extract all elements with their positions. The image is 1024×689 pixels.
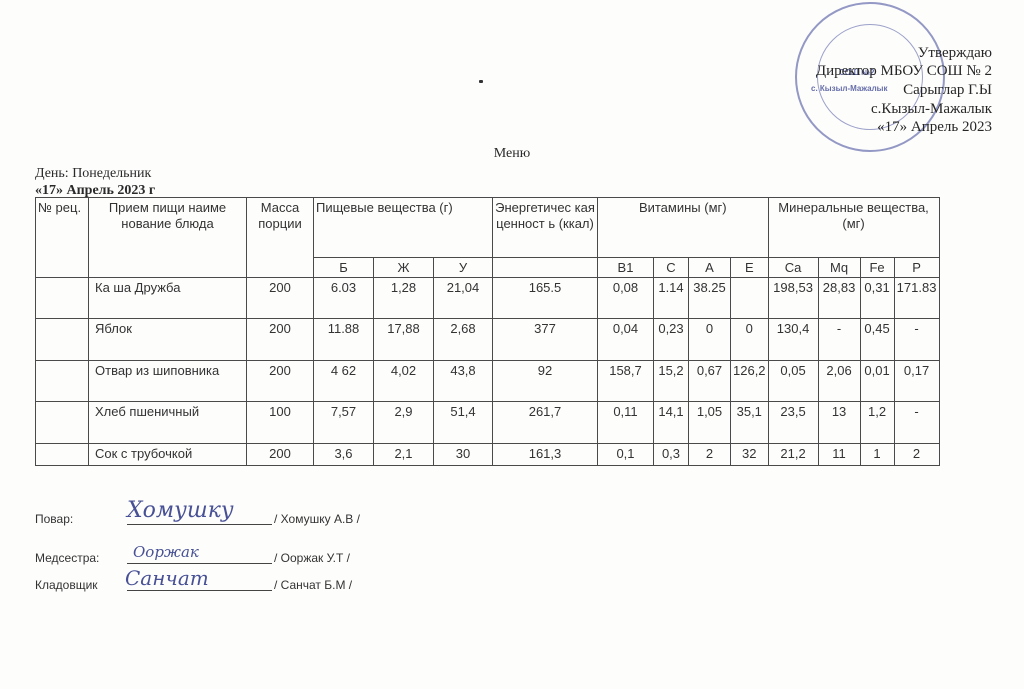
fat-cell: 2,1: [374, 444, 434, 466]
approval-line-4: с.Кызыл-Мажалык: [871, 100, 992, 118]
header-recipe-no: № рец.: [36, 198, 89, 278]
magnesium-cell: 13: [818, 402, 860, 444]
day-label: День: Понедельник: [35, 166, 151, 182]
subheader-p: P: [894, 258, 939, 278]
subheader-b1: B1: [598, 258, 654, 278]
protein-cell: 6.03: [314, 278, 374, 319]
portion-mass-cell: 200: [247, 319, 314, 361]
vitamin-c-cell: 14,1: [654, 402, 689, 444]
subheader-e: E: [731, 258, 769, 278]
role-label: Медсестра:: [35, 551, 99, 565]
table-row: Яблок20011.8817,882,683770,040,2300130,4…: [36, 319, 940, 361]
page-title: Меню: [0, 146, 1024, 162]
scan-speck: [479, 80, 483, 83]
approval-line-1: Утверждаю: [918, 44, 992, 62]
vitamin-a-cell: 38.25: [689, 278, 731, 319]
energy-cell: 161,3: [493, 444, 598, 466]
header-minerals: Минеральные вещества, (мг): [768, 198, 939, 258]
vitamin-b1-cell: 0,08: [598, 278, 654, 319]
signature-line: [127, 524, 272, 525]
signer-name: / Ооржак У.Т /: [274, 551, 350, 565]
protein-cell: 3,6: [314, 444, 374, 466]
header-meal-name: Прием пищи наиме нование блюда: [89, 198, 247, 278]
vitamin-c-cell: 15,2: [654, 361, 689, 402]
energy-cell: 92: [493, 361, 598, 402]
approval-line-5: «17» Апрель 2023: [877, 118, 992, 136]
vitamin-e-cell: 126,2: [731, 361, 769, 402]
vitamin-b1-cell: 158,7: [598, 361, 654, 402]
recipe-no-cell: [36, 402, 89, 444]
subheader-ca: Ca: [768, 258, 818, 278]
energy-cell: 261,7: [493, 402, 598, 444]
vitamin-a-cell: 0,67: [689, 361, 731, 402]
protein-cell: 7,57: [314, 402, 374, 444]
phosphorus-cell: -: [894, 402, 939, 444]
vitamin-c-cell: 0,23: [654, 319, 689, 361]
recipe-no-cell: [36, 444, 89, 466]
protein-cell: 11.88: [314, 319, 374, 361]
dish-name-cell: Сок с трубочкой: [89, 444, 247, 466]
portion-mass-cell: 200: [247, 278, 314, 319]
phosphorus-cell: 0,17: [894, 361, 939, 402]
subheader-mq: Mq: [818, 258, 860, 278]
portion-mass-cell: 200: [247, 444, 314, 466]
recipe-no-cell: [36, 361, 89, 402]
energy-cell: 377: [493, 319, 598, 361]
fat-cell: 1,28: [374, 278, 434, 319]
header-vitamins: Витамины (мг): [598, 198, 769, 258]
protein-cell: 4 62: [314, 361, 374, 402]
magnesium-cell: 28,83: [818, 278, 860, 319]
handwritten-signature: Санчат: [125, 566, 209, 590]
magnesium-cell: 2,06: [818, 361, 860, 402]
calcium-cell: 23,5: [768, 402, 818, 444]
role-label: Повар:: [35, 512, 73, 526]
subheader-a: A: [689, 258, 731, 278]
vitamin-b1-cell: 0,11: [598, 402, 654, 444]
dish-name-cell: Отвар из шиповника: [89, 361, 247, 402]
energy-cell: 165.5: [493, 278, 598, 319]
phosphorus-cell: 171.83: [894, 278, 939, 319]
approval-line-2: Директор МБОУ СОШ № 2: [816, 62, 992, 80]
subheader-energy-blank: [493, 258, 598, 278]
iron-cell: 0,01: [860, 361, 894, 402]
calcium-cell: 130,4: [768, 319, 818, 361]
magnesium-cell: 11: [818, 444, 860, 466]
handwritten-signature: Ооржак: [133, 543, 199, 561]
carbs-cell: 30: [434, 444, 493, 466]
phosphorus-cell: 2: [894, 444, 939, 466]
iron-cell: 1: [860, 444, 894, 466]
portion-mass-cell: 200: [247, 361, 314, 402]
recipe-no-cell: [36, 319, 89, 361]
subheader-carbs: У: [434, 258, 493, 278]
vitamin-e-cell: 0: [731, 319, 769, 361]
iron-cell: 0,31: [860, 278, 894, 319]
vitamin-e-cell: [731, 278, 769, 319]
carbs-cell: 2,68: [434, 319, 493, 361]
carbs-cell: 51,4: [434, 402, 493, 444]
dish-name-cell: Яблок: [89, 319, 247, 361]
dish-name-cell: Ка ша Дружба: [89, 278, 247, 319]
subheader-protein: Б: [314, 258, 374, 278]
approval-line-3: Сарыглар Г.Ы: [903, 81, 992, 99]
vitamin-c-cell: 0,3: [654, 444, 689, 466]
carbs-cell: 21,04: [434, 278, 493, 319]
vitamin-a-cell: 2: [689, 444, 731, 466]
portion-mass-cell: 100: [247, 402, 314, 444]
handwritten-signature: Хомушку: [127, 498, 234, 523]
signer-name: / Хомушку А.В /: [274, 512, 360, 526]
magnesium-cell: -: [818, 319, 860, 361]
vitamin-a-cell: 0: [689, 319, 731, 361]
iron-cell: 1,2: [860, 402, 894, 444]
fat-cell: 2,9: [374, 402, 434, 444]
fat-cell: 4,02: [374, 361, 434, 402]
calcium-cell: 198,53: [768, 278, 818, 319]
vitamin-e-cell: 32: [731, 444, 769, 466]
vitamin-b1-cell: 0,04: [598, 319, 654, 361]
fat-cell: 17,88: [374, 319, 434, 361]
signature-line: [127, 590, 272, 591]
header-portion-mass: Масса порции: [247, 198, 314, 278]
header-energy: Энергетичес кая ценност ь (ккал): [493, 198, 598, 258]
signature-line: [127, 563, 272, 564]
phosphorus-cell: -: [894, 319, 939, 361]
header-nutrients: Пищевые вещества (г): [314, 198, 493, 258]
recipe-no-cell: [36, 278, 89, 319]
iron-cell: 0,45: [860, 319, 894, 361]
table-row: Сок с трубочкой2003,62,130161,30,10,3232…: [36, 444, 940, 466]
calcium-cell: 21,2: [768, 444, 818, 466]
subheader-fe: Fe: [860, 258, 894, 278]
vitamin-e-cell: 35,1: [731, 402, 769, 444]
table-row: Хлеб пшеничный1007,572,951,4261,70,1114,…: [36, 402, 940, 444]
stamp-location-text: с. Кызыл-Мажалык: [811, 84, 888, 93]
menu-table: № рец. Прием пищи наиме нование блюда Ма…: [35, 197, 940, 466]
vitamin-c-cell: 1.14: [654, 278, 689, 319]
subheader-c: C: [654, 258, 689, 278]
role-label: Кладовщик: [35, 578, 98, 592]
calcium-cell: 0,05: [768, 361, 818, 402]
vitamin-b1-cell: 0,1: [598, 444, 654, 466]
table-row: Отвар из шиповника2004 624,0243,892158,7…: [36, 361, 940, 402]
subheader-fat: Ж: [374, 258, 434, 278]
signer-name: / Санчат Б.М /: [274, 578, 352, 592]
dish-name-cell: Хлеб пшеничный: [89, 402, 247, 444]
carbs-cell: 43,8: [434, 361, 493, 402]
vitamin-a-cell: 1,05: [689, 402, 731, 444]
table-row: Ка ша Дружба2006.031,2821,04165.50,081.1…: [36, 278, 940, 319]
